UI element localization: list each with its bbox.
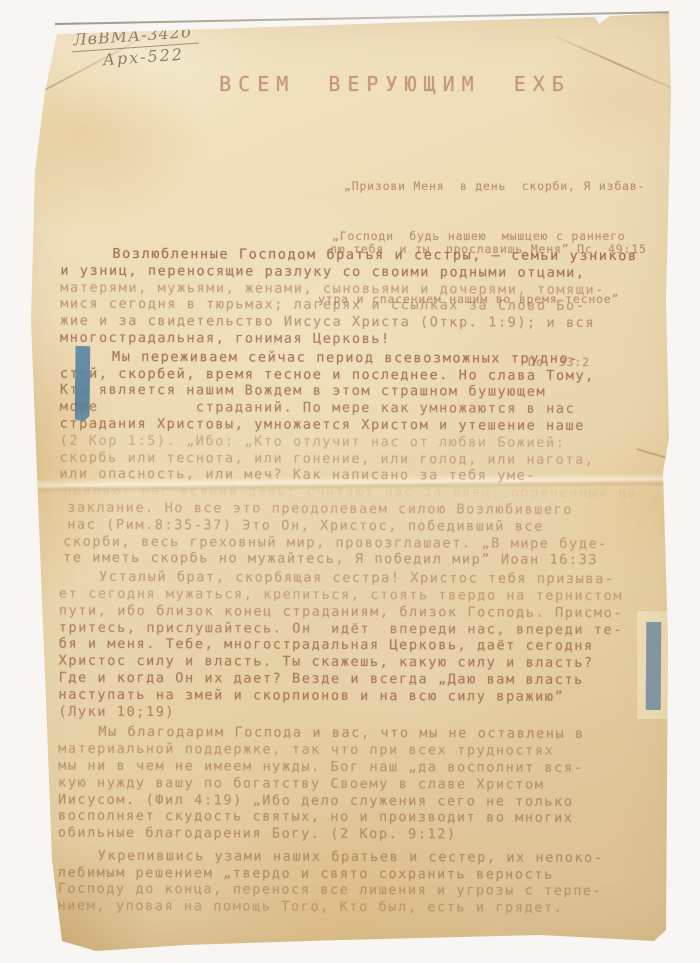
page-title: ВСЕМ ВЕРУЮЩИМ ЕХБ	[205, 72, 585, 96]
paragraph: Мы переживаем сейчас период всевозможных…	[59, 348, 678, 569]
text-line: обильные благодарения Богу. (2 Кор. 9:12…	[58, 825, 676, 844]
paragraph: Усталый брат, скорбящая сестра! Христос …	[58, 569, 677, 723]
paper-sheet: ЛвВМА-342б Арх-522 ВСЕМ ВЕРУЮЩИМ ЕХБ „Пр…	[0, 0, 700, 963]
text-line: многострадальная, гонимая Церковь!	[60, 330, 678, 349]
paragraph: Мы благодарим Господа и вас, что мы не о…	[58, 724, 677, 844]
scanned-document-page: ЛвВМА-342б Арх-522 ВСЕМ ВЕРУЮЩИМ ЕХБ „Пр…	[0, 0, 700, 963]
text-line: те иметь скорбь но мужайтесь, Я победил …	[63, 550, 677, 569]
tape-strip-left	[75, 346, 91, 422]
tape-strip-right	[646, 622, 662, 710]
staple-mark	[32, 38, 38, 80]
text-line: нием, уповая на помощь Того, Кто был, ес…	[58, 898, 676, 917]
body-text: Возлюбленные Господом братья и сестры, —…	[58, 246, 679, 920]
paragraph: Возлюбленные Господом братья и сестры, —…	[60, 246, 678, 349]
archive-note: ЛвВМА-342б Арх-522	[71, 22, 200, 73]
text-line: (Луки 10;19)	[58, 703, 676, 722]
paragraph: Укрепившись узами наших братьев и сестер…	[58, 848, 676, 918]
epigraph-2-line-1: „Господи будь нашею мышцею с раннего	[332, 226, 626, 247]
